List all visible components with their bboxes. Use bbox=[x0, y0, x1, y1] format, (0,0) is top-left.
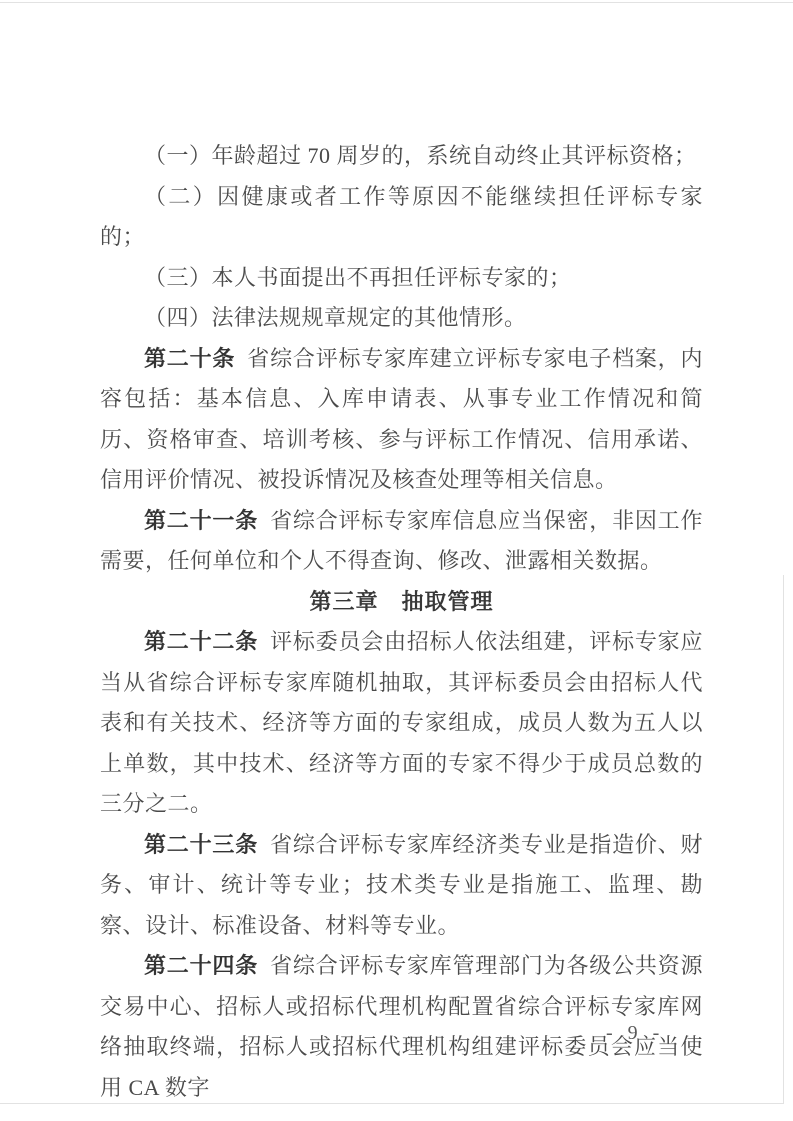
article-number: 第二十四条 bbox=[144, 953, 258, 978]
page-number: - 9 - bbox=[606, 1022, 664, 1045]
scan-edge-right bbox=[783, 575, 784, 1104]
scanned-document-page: （一）年龄超过 70 周岁的，系统自动终止其评标资格；（二）因健康或者工作等原因… bbox=[0, 0, 793, 1121]
article-text: 评标委员会由招标人依法组建，评标专家应当从省综合评标专家库随机抽取，其评标委员会… bbox=[100, 629, 703, 816]
article-number: 第二十三条 bbox=[144, 832, 258, 857]
list-item: （一）年龄超过 70 周岁的，系统自动终止其评标资格； bbox=[100, 136, 703, 177]
article-number: 第二十一条 bbox=[144, 508, 258, 533]
article-paragraph: 第二十条省综合评标专家库建立评标专家电子档案，内容包括：基本信息、入库申请表、从… bbox=[100, 339, 703, 501]
list-item: （三）本人书面提出不再担任评标专家的； bbox=[100, 258, 703, 299]
list-item: （二）因健康或者工作等原因不能继续担任评标专家的； bbox=[100, 177, 703, 258]
chapter-heading: 第三章 抽取管理 bbox=[100, 582, 703, 623]
article-paragraph: 第二十一条省综合评标专家库信息应当保密，非因工作需要，任何单位和个人不得查询、修… bbox=[100, 501, 703, 582]
article-paragraph: 第二十二条评标委员会由招标人依法组建，评标专家应当从省综合评标专家库随机抽取，其… bbox=[100, 622, 703, 825]
article-number: 第二十二条 bbox=[144, 629, 258, 654]
article-number: 第二十条 bbox=[144, 346, 235, 371]
document-body: （一）年龄超过 70 周岁的，系统自动终止其评标资格；（二）因健康或者工作等原因… bbox=[100, 0, 703, 1108]
list-item: （四）法律法规规章规定的其他情形。 bbox=[100, 298, 703, 339]
article-paragraph: 第二十三条省综合评标专家库经济类专业是指造价、财务、审计、统计等专业；技术类专业… bbox=[100, 825, 703, 947]
